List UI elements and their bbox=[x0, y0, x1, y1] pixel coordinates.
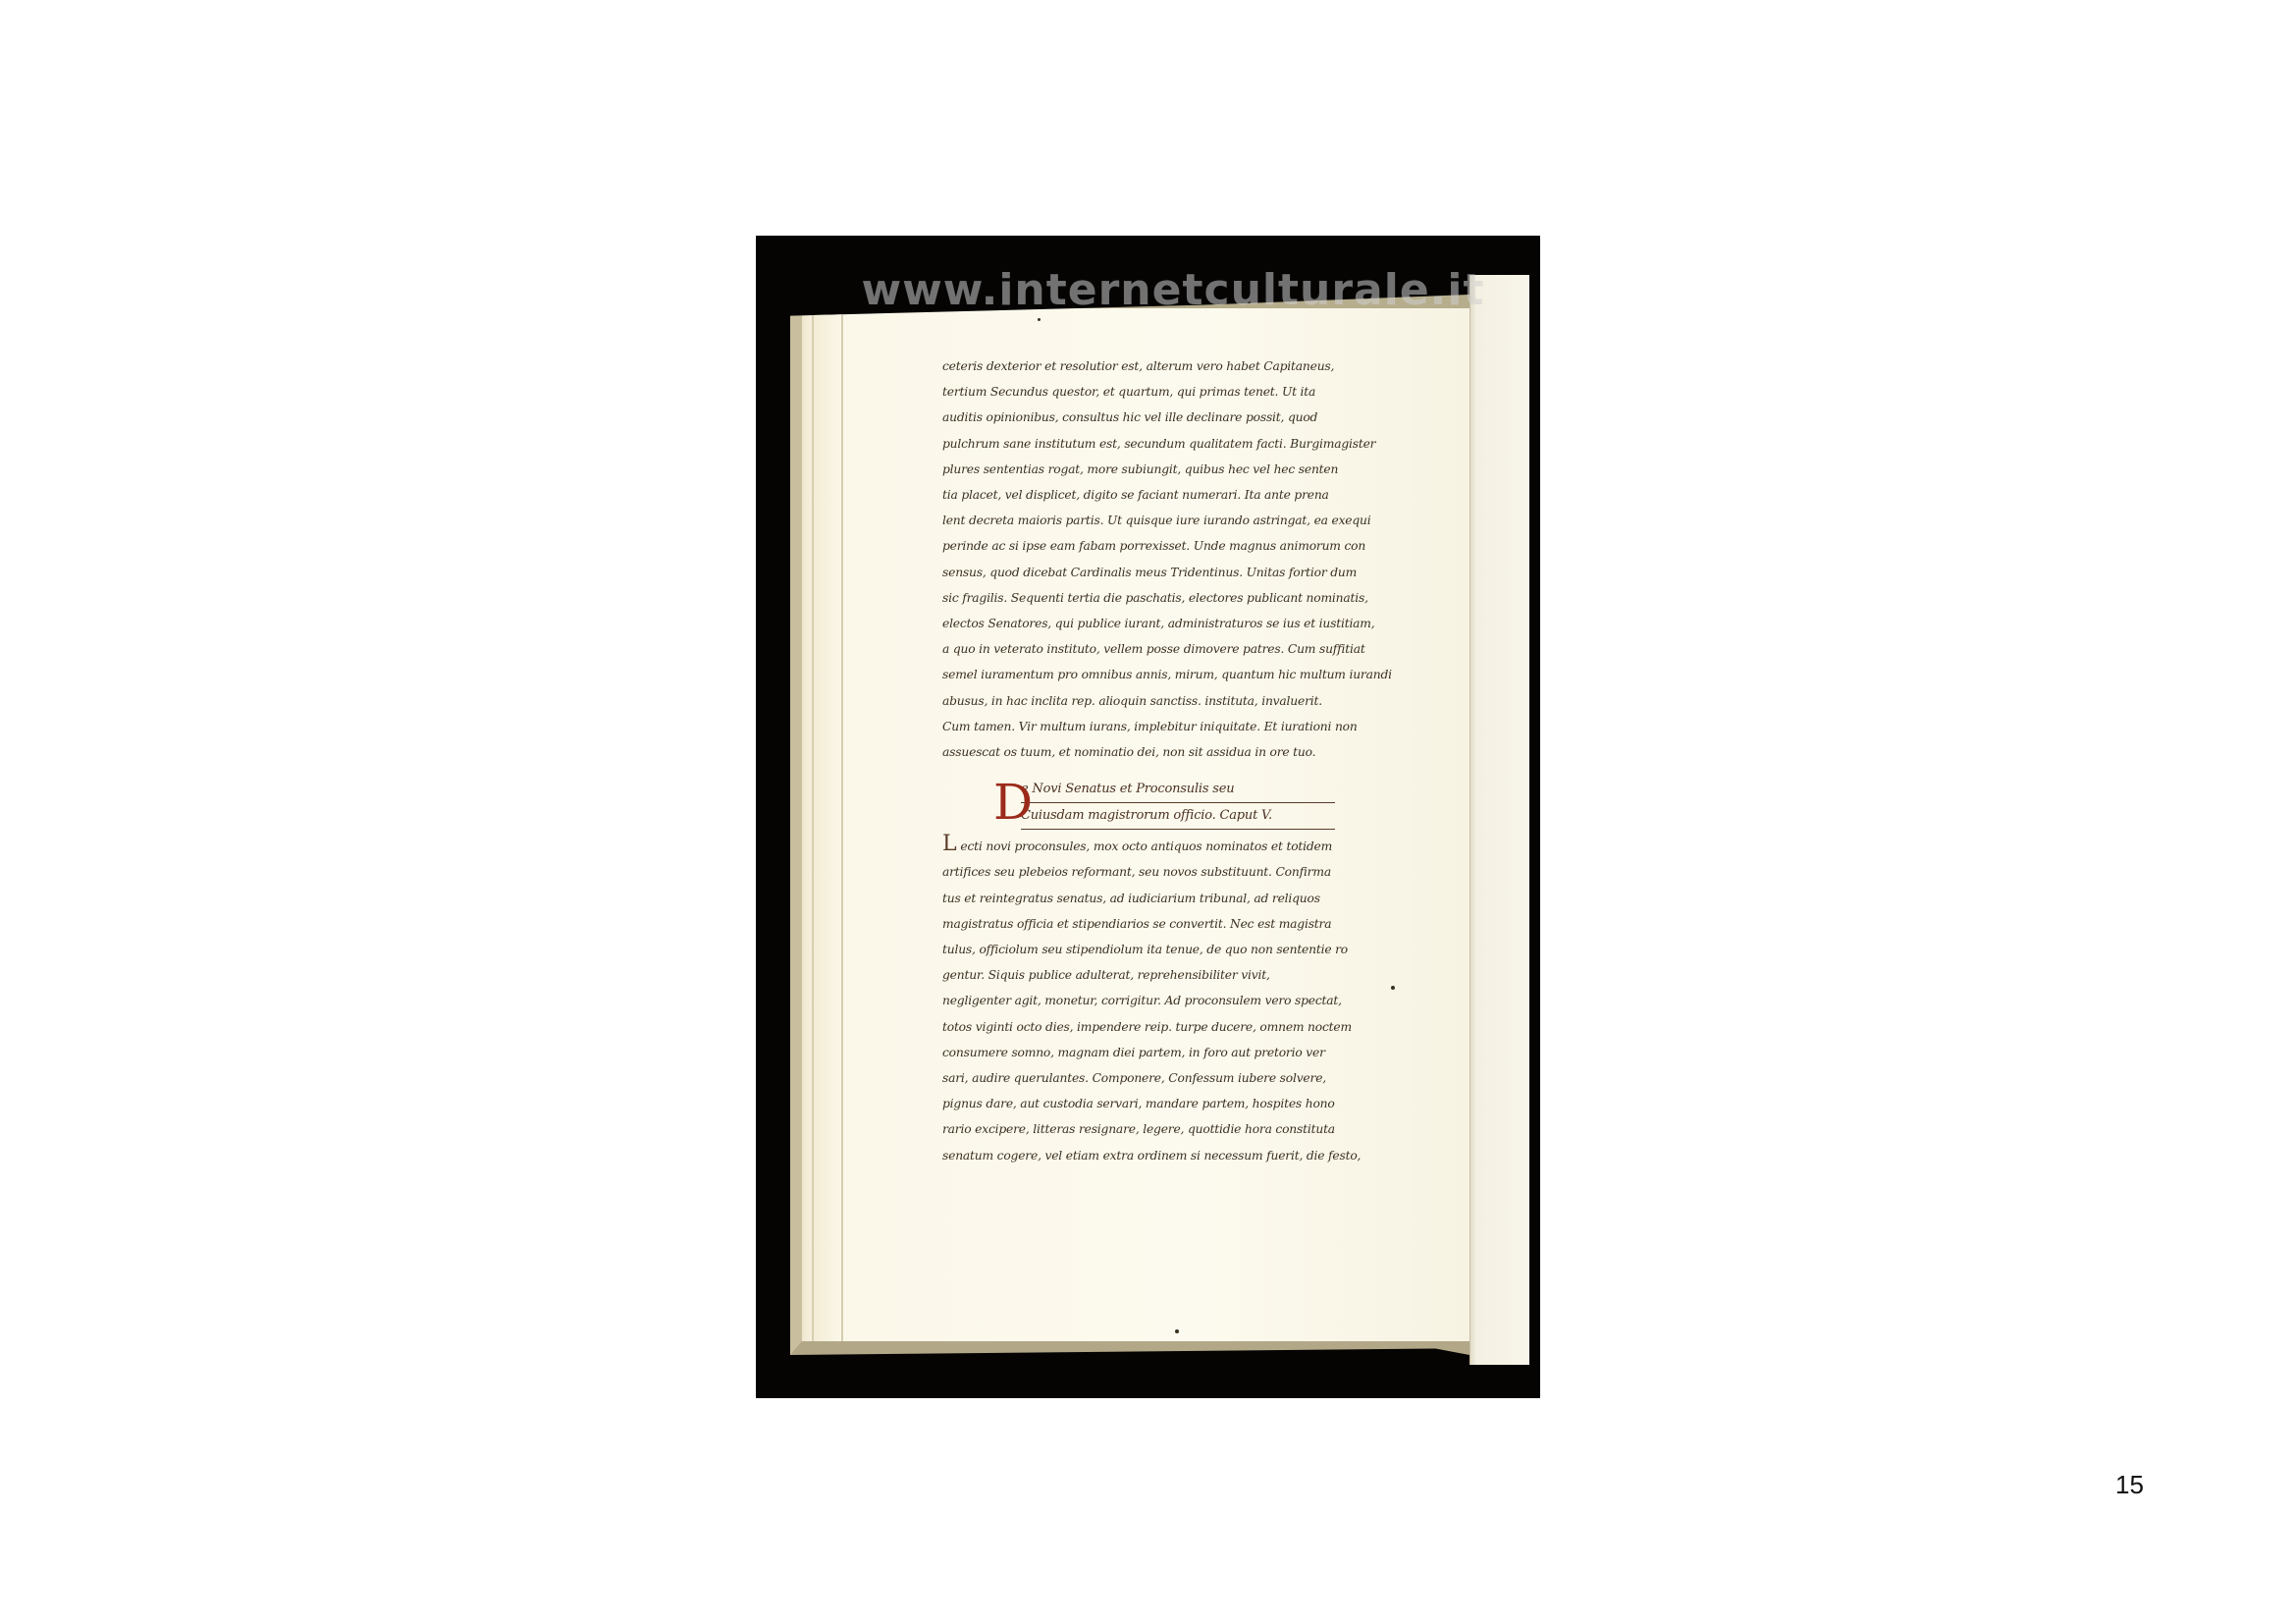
page-number: 15 bbox=[2115, 1470, 2144, 1500]
text-section-before-heading: ceteris dexterior et resolutior est, alt… bbox=[942, 353, 1409, 765]
manuscript-line: Cum tamen. Vir multum iurans, implebitur… bbox=[942, 714, 1409, 739]
manuscript-line: perinde ac si ipse eam fabam porrexisset… bbox=[942, 533, 1409, 559]
manuscript-line: auditis opinionibus, consultus hic vel i… bbox=[942, 405, 1409, 430]
manuscript-line: gentur. Siquis publice adulterat, repreh… bbox=[942, 962, 1409, 988]
manuscript-line: abusus, in hac inclita rep. alioquin san… bbox=[942, 688, 1409, 714]
manuscript-line: ceteris dexterior et resolutior est, alt… bbox=[942, 353, 1409, 379]
heading-line-2: Cuiusdam magistrorum officio. Caput V. bbox=[1021, 803, 1335, 830]
manuscript-line: consumere somno, magnam diei partem, in … bbox=[942, 1040, 1409, 1065]
chapter-heading: D e Novi Senatus et Proconsulis seu Cuiu… bbox=[1021, 777, 1335, 830]
body-initial: L bbox=[942, 832, 956, 856]
manuscript-line: electos Senatores, qui publice iurant, a… bbox=[942, 611, 1409, 636]
manuscript-line: tus et reintegratus senatus, ad iudiciar… bbox=[942, 886, 1409, 911]
manuscript-line: negligenter agit, monetur, corrigitur. A… bbox=[942, 988, 1409, 1013]
manuscript-line: Lecti novi proconsules, mox octo antiquo… bbox=[942, 832, 1409, 859]
facing-page-edge bbox=[1469, 275, 1529, 1365]
manuscript-text: ceteris dexterior et resolutior est, alt… bbox=[942, 353, 1409, 1168]
heading-line-1: e Novi Senatus et Proconsulis seu bbox=[1021, 777, 1335, 803]
watermark: www.internetculturale.it bbox=[859, 265, 1487, 315]
manuscript-line: sari, audire querulantes. Componere, Con… bbox=[942, 1065, 1409, 1091]
manuscript-line: tulus, officiolum seu stipendiolum ita t… bbox=[942, 937, 1409, 962]
manuscript-line: totos viginti octo dies, impendere reip.… bbox=[942, 1014, 1409, 1040]
manuscript-line: semel iuramentum pro omnibus annis, miru… bbox=[942, 662, 1409, 687]
manuscript-line: tia placet, vel displicet, digito se fac… bbox=[942, 482, 1409, 508]
manuscript-line: pignus dare, aut custodia servari, manda… bbox=[942, 1091, 1409, 1116]
manuscript-line: rario excipere, litteras resignare, lege… bbox=[942, 1116, 1409, 1142]
manuscript-line: a quo in veterato instituto, vellem poss… bbox=[942, 636, 1409, 662]
heading-initial: D bbox=[993, 777, 1033, 828]
manuscript-line: senatum cogere, vel etiam extra ordinem … bbox=[942, 1143, 1409, 1168]
manuscript-line: sic fragilis. Sequenti tertia die pascha… bbox=[942, 585, 1409, 611]
manuscript-line: tertium Secundus questor, et quartum, qu… bbox=[942, 379, 1409, 405]
manuscript-line: sensus, quod dicebat Cardinalis meus Tri… bbox=[942, 560, 1409, 585]
manuscript-line: assuescat os tuum, et nominatio dei, non… bbox=[942, 739, 1409, 765]
text-section-after-heading: Lecti novi proconsules, mox octo antiquo… bbox=[942, 832, 1409, 1168]
manuscript-line: artifices seu plebeios reformant, seu no… bbox=[942, 859, 1409, 885]
manuscript-line: pulchrum sane institutum est, secundum q… bbox=[942, 431, 1409, 457]
manuscript-photo: www.internetculturale.it ceteris dexteri… bbox=[756, 236, 1540, 1398]
manuscript-line: magistratus officia et stipendiarios se … bbox=[942, 911, 1409, 937]
manuscript-line: plures sententias rogat, more subiungit,… bbox=[942, 457, 1409, 482]
manuscript-line: lent decreta maioris partis. Ut quisque … bbox=[942, 508, 1409, 533]
